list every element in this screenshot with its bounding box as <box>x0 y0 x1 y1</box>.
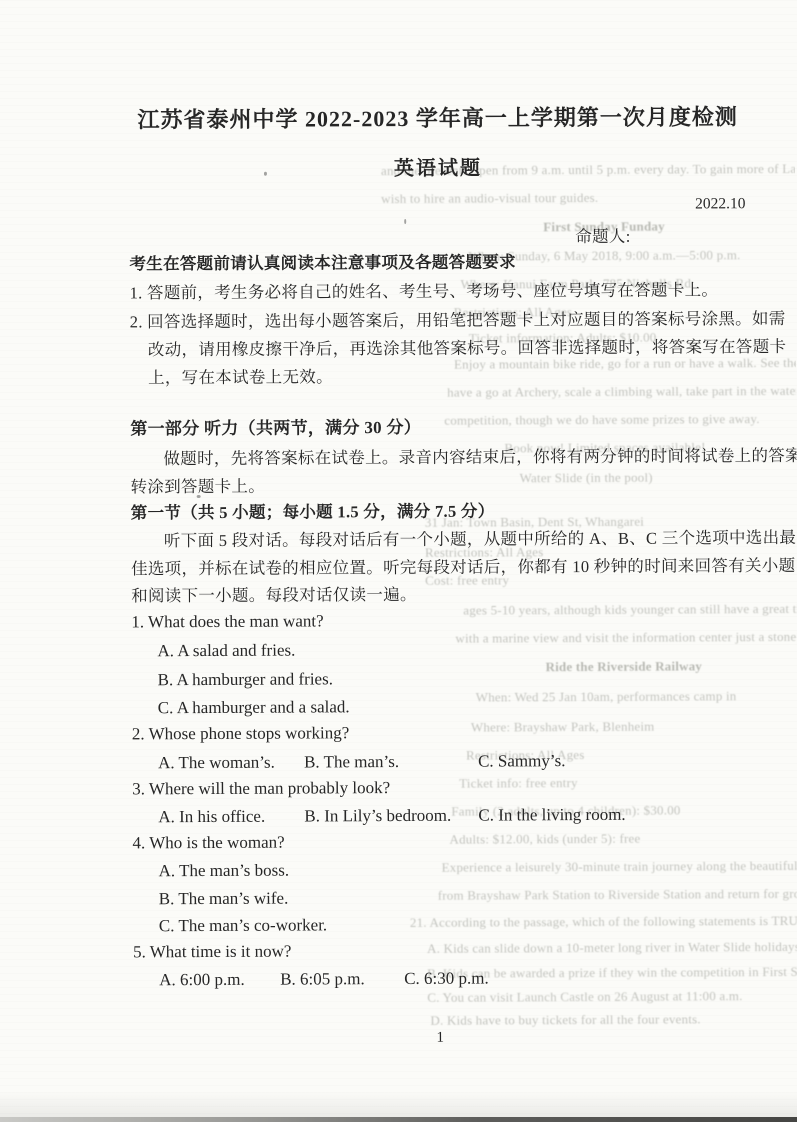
bleed-through-line: with a marine view and visit the informa… <box>455 629 797 647</box>
exam-subtitle: 英语试题 <box>88 155 788 183</box>
scan-artifact <box>404 219 406 224</box>
question-2-option-b: B. The man’s. <box>304 752 399 773</box>
question-4-option-c: C. The man’s co-worker. <box>159 915 327 936</box>
question-3-option-b: B. In Lily’s bedroom. <box>304 806 451 827</box>
scan-artifact <box>197 495 201 498</box>
part1-intro-line-1: 做题时，先将答案标在试卷上。录音内容结束后，你将有两分钟的时间将试卷上的答案 <box>163 446 797 469</box>
notice-line-1: 1. 答题前，考生务必将自己的姓名、考生号、考场号、座位号填写在答题卡上。 <box>130 280 719 303</box>
question-2-option-a: A. The woman’s. <box>158 753 275 774</box>
notice-line-3: 改动，请用橡皮擦干净后，再选涂其他答案标号。回答非选择题时，将答案写在答题卡 <box>148 337 787 360</box>
scan-edge <box>0 1117 797 1122</box>
bleed-through-line: Ticket info: free entry <box>459 775 578 791</box>
bleed-through-line: competition, though we do have some priz… <box>444 411 759 428</box>
notice-line-2: 2. 回答选择题时，选出每小题答案后，用铅笔把答题卡上对应题目的答案标号涂黑。如… <box>130 309 786 332</box>
question-2: 2. Whose phone stops working? <box>132 723 349 745</box>
bleed-through-line: When: Wed 25 Jan 10am, performances camp… <box>476 688 737 705</box>
bleed-through-line: A. Kids can slide down a 10-meter long r… <box>427 939 797 957</box>
bleed-through-line: have a go at Archery, scale a climbing w… <box>447 382 797 400</box>
question-5-option-a: A. 6:00 p.m. <box>159 970 245 991</box>
question-5: 5. What time is it now? <box>133 942 291 963</box>
question-5-option-b: B. 6:05 p.m. <box>280 969 365 990</box>
question-3-option-c: C. In the living room. <box>478 805 625 826</box>
exam-title: 江苏省泰州中学 2022-2023 学年高一上学期第一次月度检测 <box>88 104 788 134</box>
bleed-through-line: Experience a leisurely 30-minute train j… <box>442 858 797 876</box>
question-4-option-a: A. The man’s boss. <box>159 861 290 882</box>
bleed-through-line: ages 5-10 years, although kids younger c… <box>463 600 797 618</box>
bleed-through-line: 21. According to the passage, which of t… <box>410 913 797 931</box>
question-2-option-c: C. Sammy’s. <box>478 751 565 772</box>
question-4-option-b: B. The man’s wife. <box>159 889 289 910</box>
question-5-option-c: C. 6:30 p.m. <box>404 969 489 990</box>
bleed-through-line: C. You can visit Launch Castle on 26 Aug… <box>427 988 742 1005</box>
bleed-through-line: Water Slide (in the pool) <box>520 470 653 486</box>
page-number: 1 <box>436 1029 444 1047</box>
section1-heading: 第一节（共 5 小题；每小题 1.5 分，满分 7.5 分） <box>131 501 495 523</box>
exam-date: 2022.10 <box>695 195 745 214</box>
scanned-exam-page: and the present. Open from 9 a.m. until … <box>0 0 797 1122</box>
section1-line-2: 佳选项，并标在试卷的相应位置。听完每段对话后，你都有 10 秒钟的时间来回答有关… <box>131 556 795 579</box>
bleed-through-line: from Brayshaw Park Station to Riverside … <box>438 886 797 904</box>
question-3: 3. Where will the man probably look? <box>132 778 390 800</box>
question-1-option-c: C. A hamburger and a salad. <box>158 697 350 718</box>
question-1: 1. What does the man want? <box>131 611 323 632</box>
bleed-through-line: wish to hire an audio-visual tour guides… <box>381 190 598 207</box>
bleed-through-line: D. Kids have to buy tickets for all the … <box>430 1011 700 1028</box>
part1-heading: 第一部分 听力（共两节，满分 30 分） <box>130 418 421 440</box>
notice-heading: 考生在答题前请认真阅读本注意事项及各题答题要求 <box>129 252 516 274</box>
notice-line-4: 上，写在本试卷上无效。 <box>148 367 333 388</box>
section1-line-3: 和阅读下一小题。每段对话仅读一遍。 <box>131 585 417 606</box>
question-4: 4. Who is the woman? <box>132 833 284 854</box>
bleed-through-line: Adults: $12.00, kids (under 5): free <box>449 831 640 848</box>
section1-line-1: 听下面 5 段对话。每段对话后有一个小题，从题中所给的 A、B、C 三个选项中选… <box>164 528 796 551</box>
question-1-option-a: A. A salad and fries. <box>157 641 295 662</box>
scan-artifact <box>264 172 267 176</box>
bleed-through-line: Where: Brayshaw Park, Blenheim <box>471 719 655 736</box>
setter-label: 命题人: <box>575 227 630 247</box>
bleed-through-line: Ride the Riverside Railway <box>546 658 703 674</box>
question-1-option-b: B. A hamburger and fries. <box>158 669 333 690</box>
question-3-option-a: A. In his office. <box>158 807 265 828</box>
